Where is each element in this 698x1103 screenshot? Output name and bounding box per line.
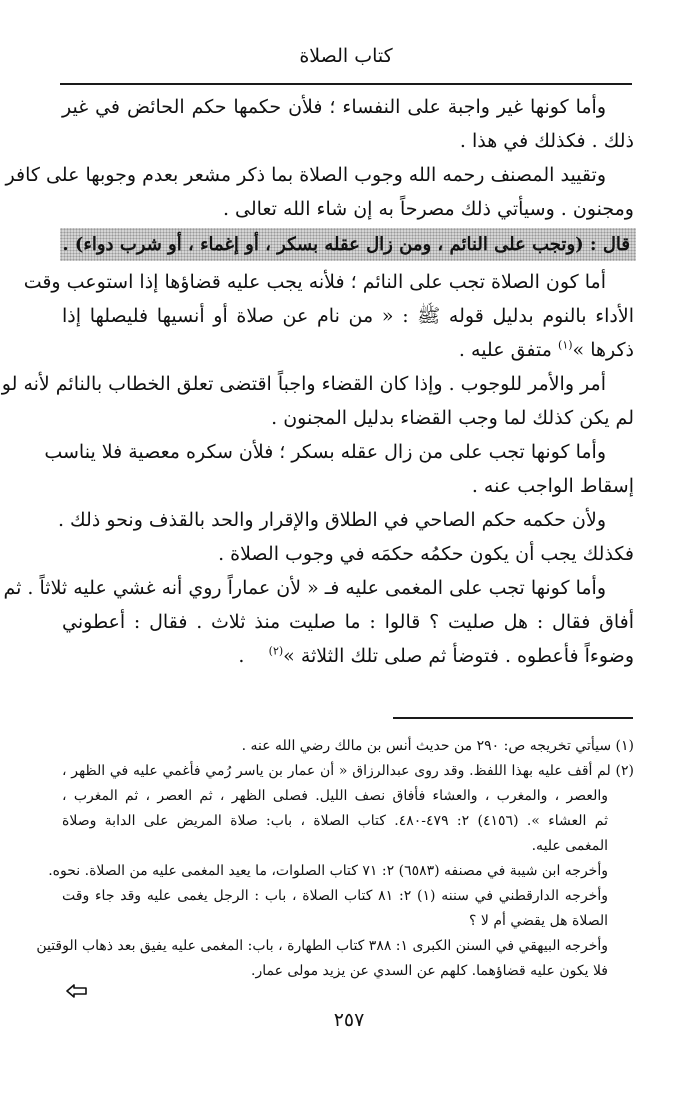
text-line: وأما كونها غير واجبة على النفساء ؛ فلأن … — [62, 90, 634, 124]
running-title: كتاب الصلاة — [60, 44, 632, 68]
footnote-line: وأخرجه الدارقطني في سننه (١) ٢: ٨١ كتاب … — [62, 884, 634, 909]
text-line: وأما كونها تجب على المغمى عليه فـ « لأن … — [62, 571, 634, 605]
full-stop: . — [238, 645, 244, 667]
arrow-left-outline-icon — [66, 983, 88, 999]
text-line: وتقييد المصنف رحمه الله وجوب الصلاة بما … — [62, 158, 634, 192]
main-text: وأما كونها غير واجبة على النفساء ؛ فلأن … — [62, 90, 634, 673]
hadith-end: ذكرها » — [573, 339, 634, 361]
text-line: فكذلك يجب أن يكون حكمُه حكمَه في وجوب ال… — [62, 537, 634, 571]
matn-quote-box: قال : (وتجب على النائم ، ومن زال عقله بس… — [60, 228, 636, 261]
text-line: أمر والأمر للوجوب . وإذا كان القضاء واجب… — [62, 367, 634, 401]
footnote-rule — [393, 717, 633, 719]
footnote-line: وأخرجه ابن شيبة في مصنفه (٦٥٨٣) ٢: ٧١ كت… — [62, 859, 634, 884]
text-line: ولأن حكمه حكم الصاحي في الطلاق والإقرار … — [62, 503, 634, 537]
footnote-line: فلا يكون عليه قضاؤهما. كلهم عن السدي عن … — [62, 959, 634, 984]
text-line: ذكرها »(١) متفق عليه . — [62, 333, 634, 367]
footnote-line: المغمى عليه. — [62, 834, 634, 859]
footnote-ref-2[interactable]: (٢) — [269, 645, 284, 658]
page-number: ٢٥٧ — [0, 1008, 698, 1032]
header-rule — [60, 83, 632, 85]
footnote-1: (١) سيأتي تخريجه ص: ٢٩٠ من حديث أنس بن م… — [62, 734, 634, 759]
text-line: لم يكن كذلك لما وجب القضاء بدليل المجنون… — [62, 401, 634, 435]
text-line: أما كون الصلاة تجب على النائم ؛ فلأنه يج… — [62, 265, 634, 299]
hadith-grading: متفق عليه . — [459, 339, 552, 361]
footnote-2: (٢) لم أقف عليه بهذا اللفظ. وقد روى عبدا… — [62, 759, 634, 784]
footnote-line: ثم العشاء ». (٤١٥٦) ٢: ٤٧٩-٤٨٠. كتاب الص… — [62, 809, 634, 834]
text-line: إسقاط الواجب عنه . — [62, 469, 634, 503]
text-line: وضوءاً فأعطوه . فتوضأ ثم صلى تلك الثلاثة… — [62, 639, 634, 673]
text-line: أفاق فقال : هل صليت ؟ قالوا : ما صليت من… — [62, 605, 634, 639]
footnote-line: وأخرجه البيهقي في السنن الكبرى ١: ٣٨٨ كت… — [62, 934, 634, 959]
text-line: وأما كونها تجب على من زال عقله بسكر ؛ فل… — [62, 435, 634, 469]
footnote-line: الصلاة هل يقضي أم لا ؟ — [62, 909, 634, 934]
athar-end: وضوءاً فأعطوه . فتوضأ ثم صلى تلك الثلاثة… — [283, 645, 634, 667]
text-line: ومجنون . وسيأتي ذلك مصرحاً به إن شاء الل… — [62, 192, 634, 226]
footnotes: (١) سيأتي تخريجه ص: ٢٩٠ من حديث أنس بن م… — [62, 734, 634, 984]
text-line: الأداء بالنوم بدليل قوله ﷺ : « من نام عن… — [62, 299, 634, 333]
book-page: كتاب الصلاة وأما كونها غير واجبة على الن… — [0, 0, 698, 1103]
text-line: ذلك . فكذلك في هذا . — [62, 124, 634, 158]
footnote-line: والعصر ، والمغرب ، والعشاء فأفاق نصف الل… — [62, 784, 634, 809]
next-page-arrow-icon[interactable] — [66, 983, 88, 999]
footnote-ref-1[interactable]: (١) — [558, 339, 573, 352]
